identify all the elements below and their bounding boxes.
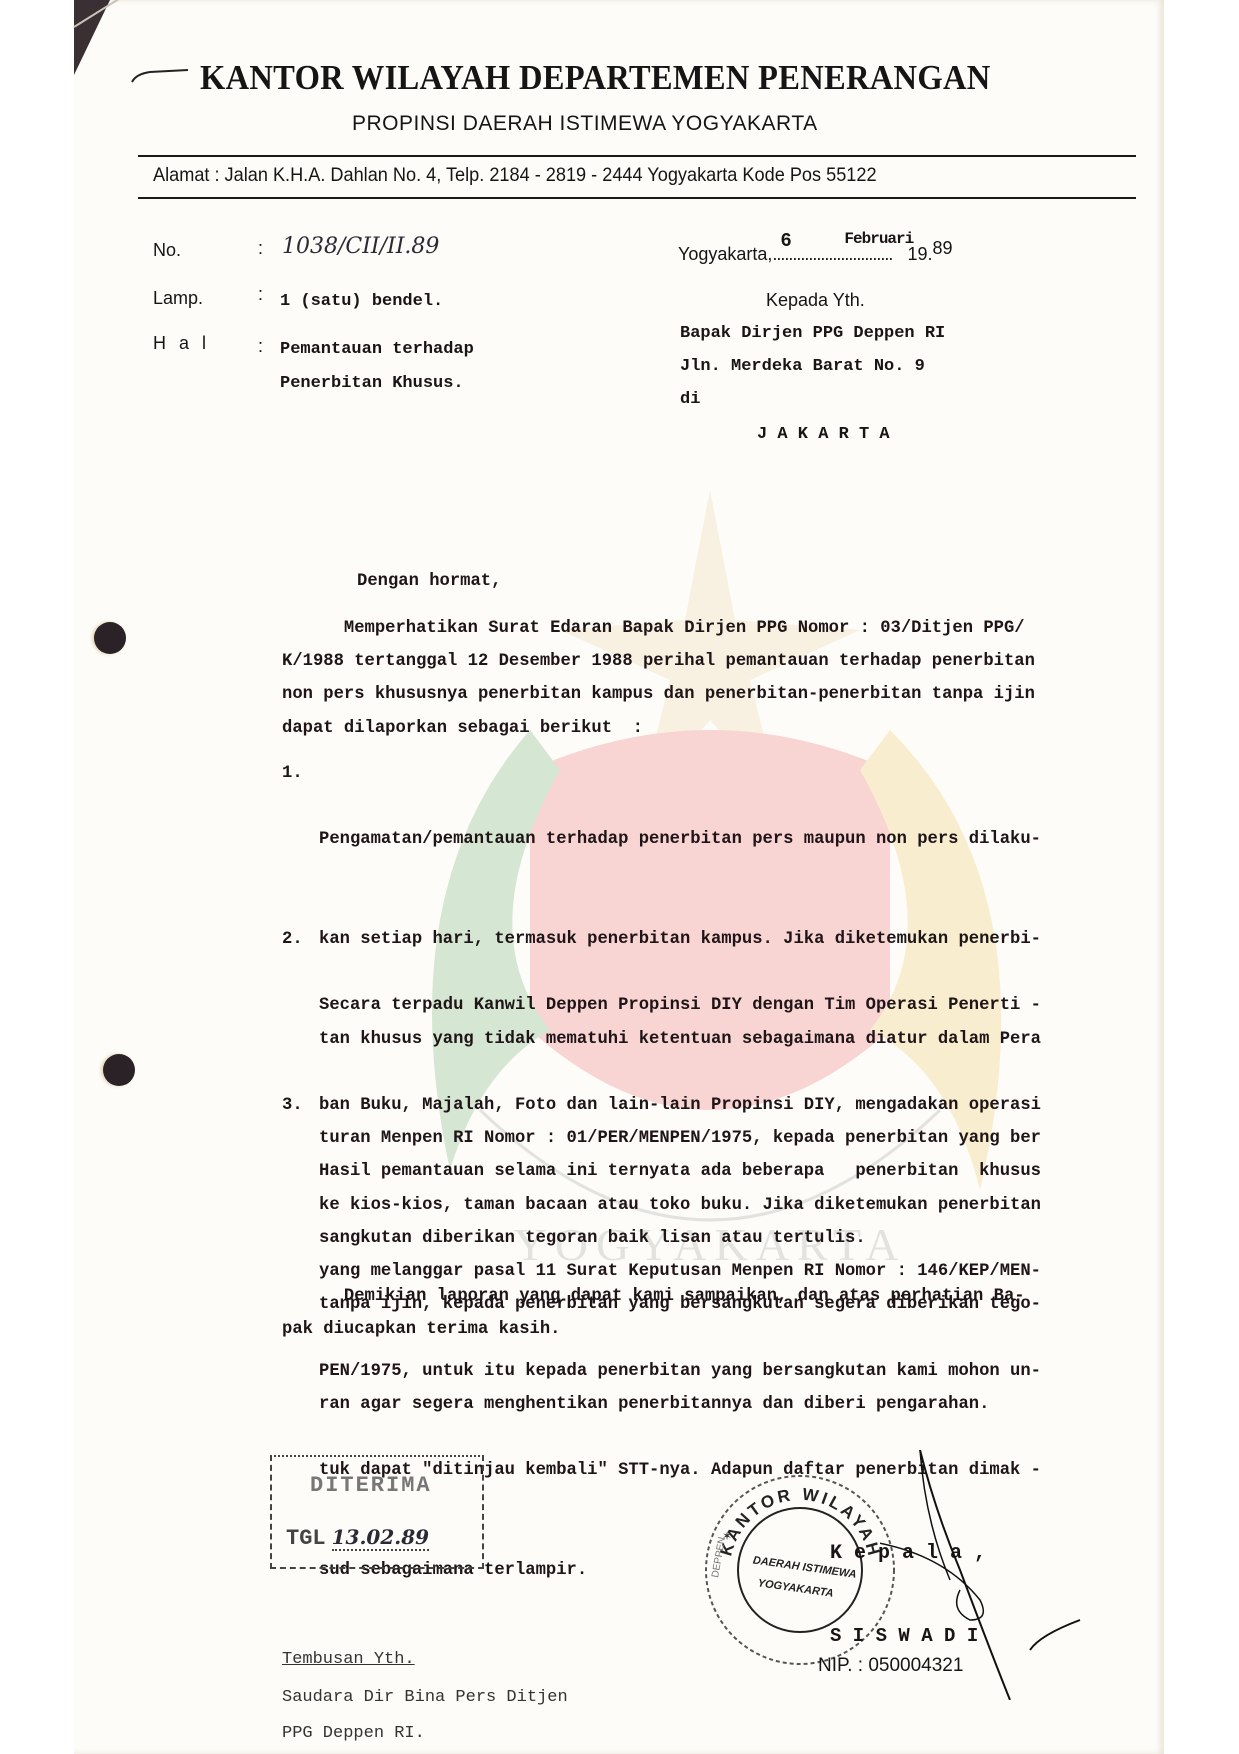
pen-mark-icon: [130, 64, 190, 84]
dateline-dots: ..............................6Februari: [772, 244, 892, 264]
letterhead-rule-top: [138, 155, 1136, 157]
hal-value-line1: Pemantauan terhadap: [280, 340, 474, 359]
recipient-city: J A K A R T A: [757, 425, 890, 444]
intro-line: dapat dilaporkan sebagai berikut :: [282, 712, 1035, 745]
star-icon: ✶: [722, 1529, 732, 1543]
no-label: No.: [153, 240, 181, 261]
receipt-stamp: DITERIMA TGL13.02.89: [270, 1455, 484, 1569]
lamp-colon: :: [258, 284, 263, 305]
letterhead-subtitle: PROPINSI DAERAH ISTIMEWA YOGYAKARTA: [352, 112, 818, 136]
letterhead-address: Alamat : Jalan K.H.A. Dahlan No. 4, Telp…: [153, 164, 877, 187]
lamp-label: Lamp.: [153, 288, 203, 309]
recipient-line1: Bapak Dirjen PPG Deppen RI: [680, 324, 945, 343]
recipient-salutation: Kepada Yth.: [766, 290, 865, 311]
list-number: 2.: [282, 923, 303, 956]
seal-inner-line2: YOGYAKARTA: [757, 1577, 834, 1600]
recipient-line3: di: [680, 390, 700, 409]
greeting: Dengan hormat,: [357, 565, 501, 598]
cc-heading: Tembusan Yth.: [282, 1650, 415, 1669]
hal-label: H a l: [153, 333, 210, 354]
list-number: 1.: [282, 757, 303, 790]
intro-paragraph: Memperhatikan Surat Edaran Bapak Dirjen …: [282, 612, 1035, 745]
list-number: 3.: [282, 1089, 303, 1122]
receipt-stamp-date: TGL13.02.89: [286, 1525, 429, 1551]
letterhead-rule-bottom: [138, 197, 1136, 199]
cc-line2: PPG Deppen RI.: [282, 1724, 425, 1743]
closing-paragraph: Demikian laporan yang dapat kami sampaik…: [282, 1280, 1025, 1346]
dateline-day: 6: [780, 230, 790, 252]
punch-hole-top: [94, 622, 126, 654]
lamp-value: 1 (satu) bendel.: [280, 292, 443, 311]
receipt-stamp-title: DITERIMA: [310, 1473, 432, 1498]
intro-line: non pers khususnya penerbitan kampus dan…: [282, 678, 1035, 711]
dateline-city: Yogyakarta,: [678, 244, 772, 264]
letter-number: 1038/CII/II.89: [282, 234, 439, 259]
intro-line: Memperhatikan Surat Edaran Bapak Dirjen …: [282, 612, 1035, 645]
dateline-year: 19.89: [907, 244, 952, 264]
dateline-month: Februari: [844, 230, 913, 248]
punch-hole-bottom: [103, 1054, 135, 1086]
cc-line1: Saudara Dir Bina Pers Ditjen: [282, 1688, 568, 1707]
hal-value-line2: Penerbitan Khusus.: [280, 374, 464, 393]
folded-corner: [74, 0, 110, 75]
recipient-line2: Jln. Merdeka Barat No. 9: [680, 357, 925, 376]
letterhead-title: KANTOR WILAYAH DEPARTEMEN PENERANGAN: [200, 58, 991, 98]
dateline: Yogyakarta,.............................…: [678, 244, 953, 265]
no-colon: :: [258, 238, 263, 259]
hal-colon: :: [258, 336, 263, 357]
handwritten-signature: [880, 1450, 1120, 1700]
intro-line: K/1988 tertanggal 12 Desember 1988 perih…: [282, 645, 1035, 678]
